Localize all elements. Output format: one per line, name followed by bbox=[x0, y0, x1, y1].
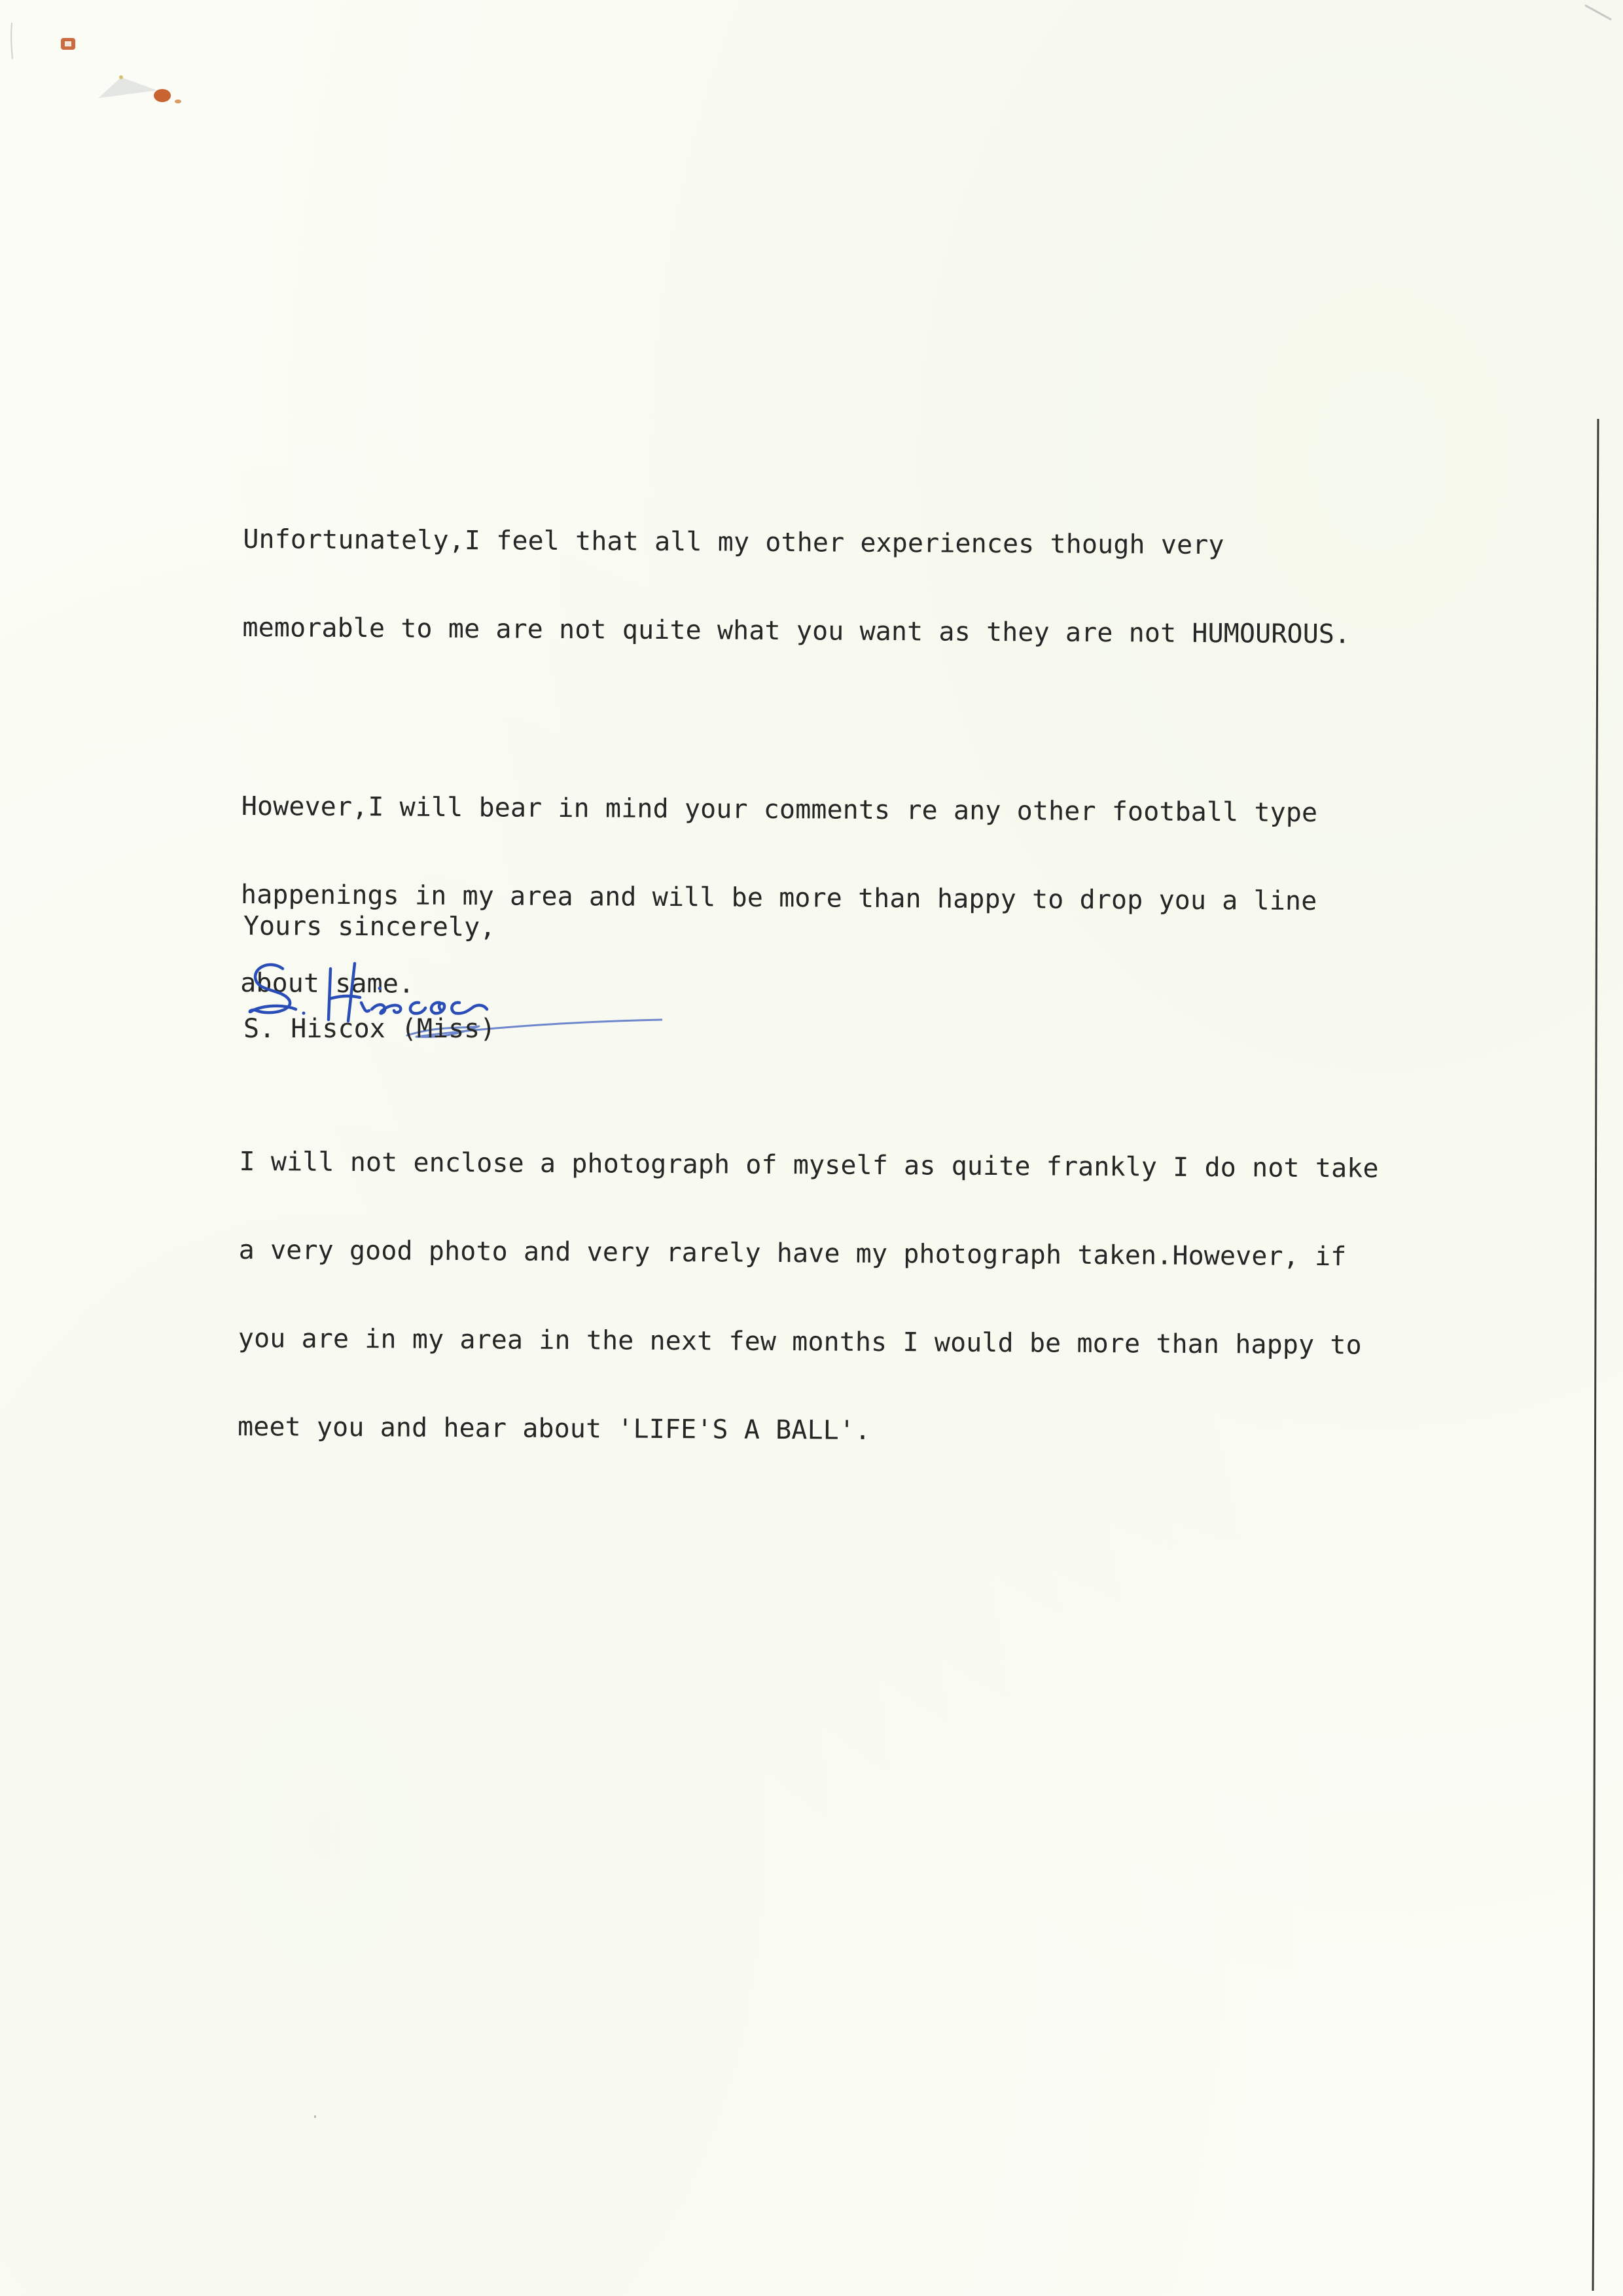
scan-speck bbox=[314, 2115, 316, 2118]
page-edge-line bbox=[1571, 0, 1623, 2296]
text-line: I will not enclose a photograph of mysel… bbox=[239, 1147, 1482, 1185]
staple-rust-marks bbox=[0, 0, 236, 131]
text-line: However,I will bear in mind your comment… bbox=[241, 792, 1485, 829]
text-line: a very good photo and very rarely have m… bbox=[239, 1236, 1482, 1273]
paragraph-1: Unfortunately,I feel that all my other e… bbox=[242, 466, 1487, 709]
closing-salutation: Yours sincerely, bbox=[243, 912, 496, 942]
typed-signatory-name: S. Hiscox (Miss) bbox=[243, 1014, 495, 1044]
text-line: Unfortunately,I feel that all my other e… bbox=[243, 525, 1486, 562]
text-line: you are in my area in the next few month… bbox=[238, 1324, 1482, 1361]
paragraph-3: I will not enclose a photograph of mysel… bbox=[237, 1088, 1483, 1509]
text-line: meet you and hear about 'LIFE'S A BALL'. bbox=[238, 1412, 1481, 1450]
text-line: memorable to me are not quite what you w… bbox=[242, 613, 1486, 651]
